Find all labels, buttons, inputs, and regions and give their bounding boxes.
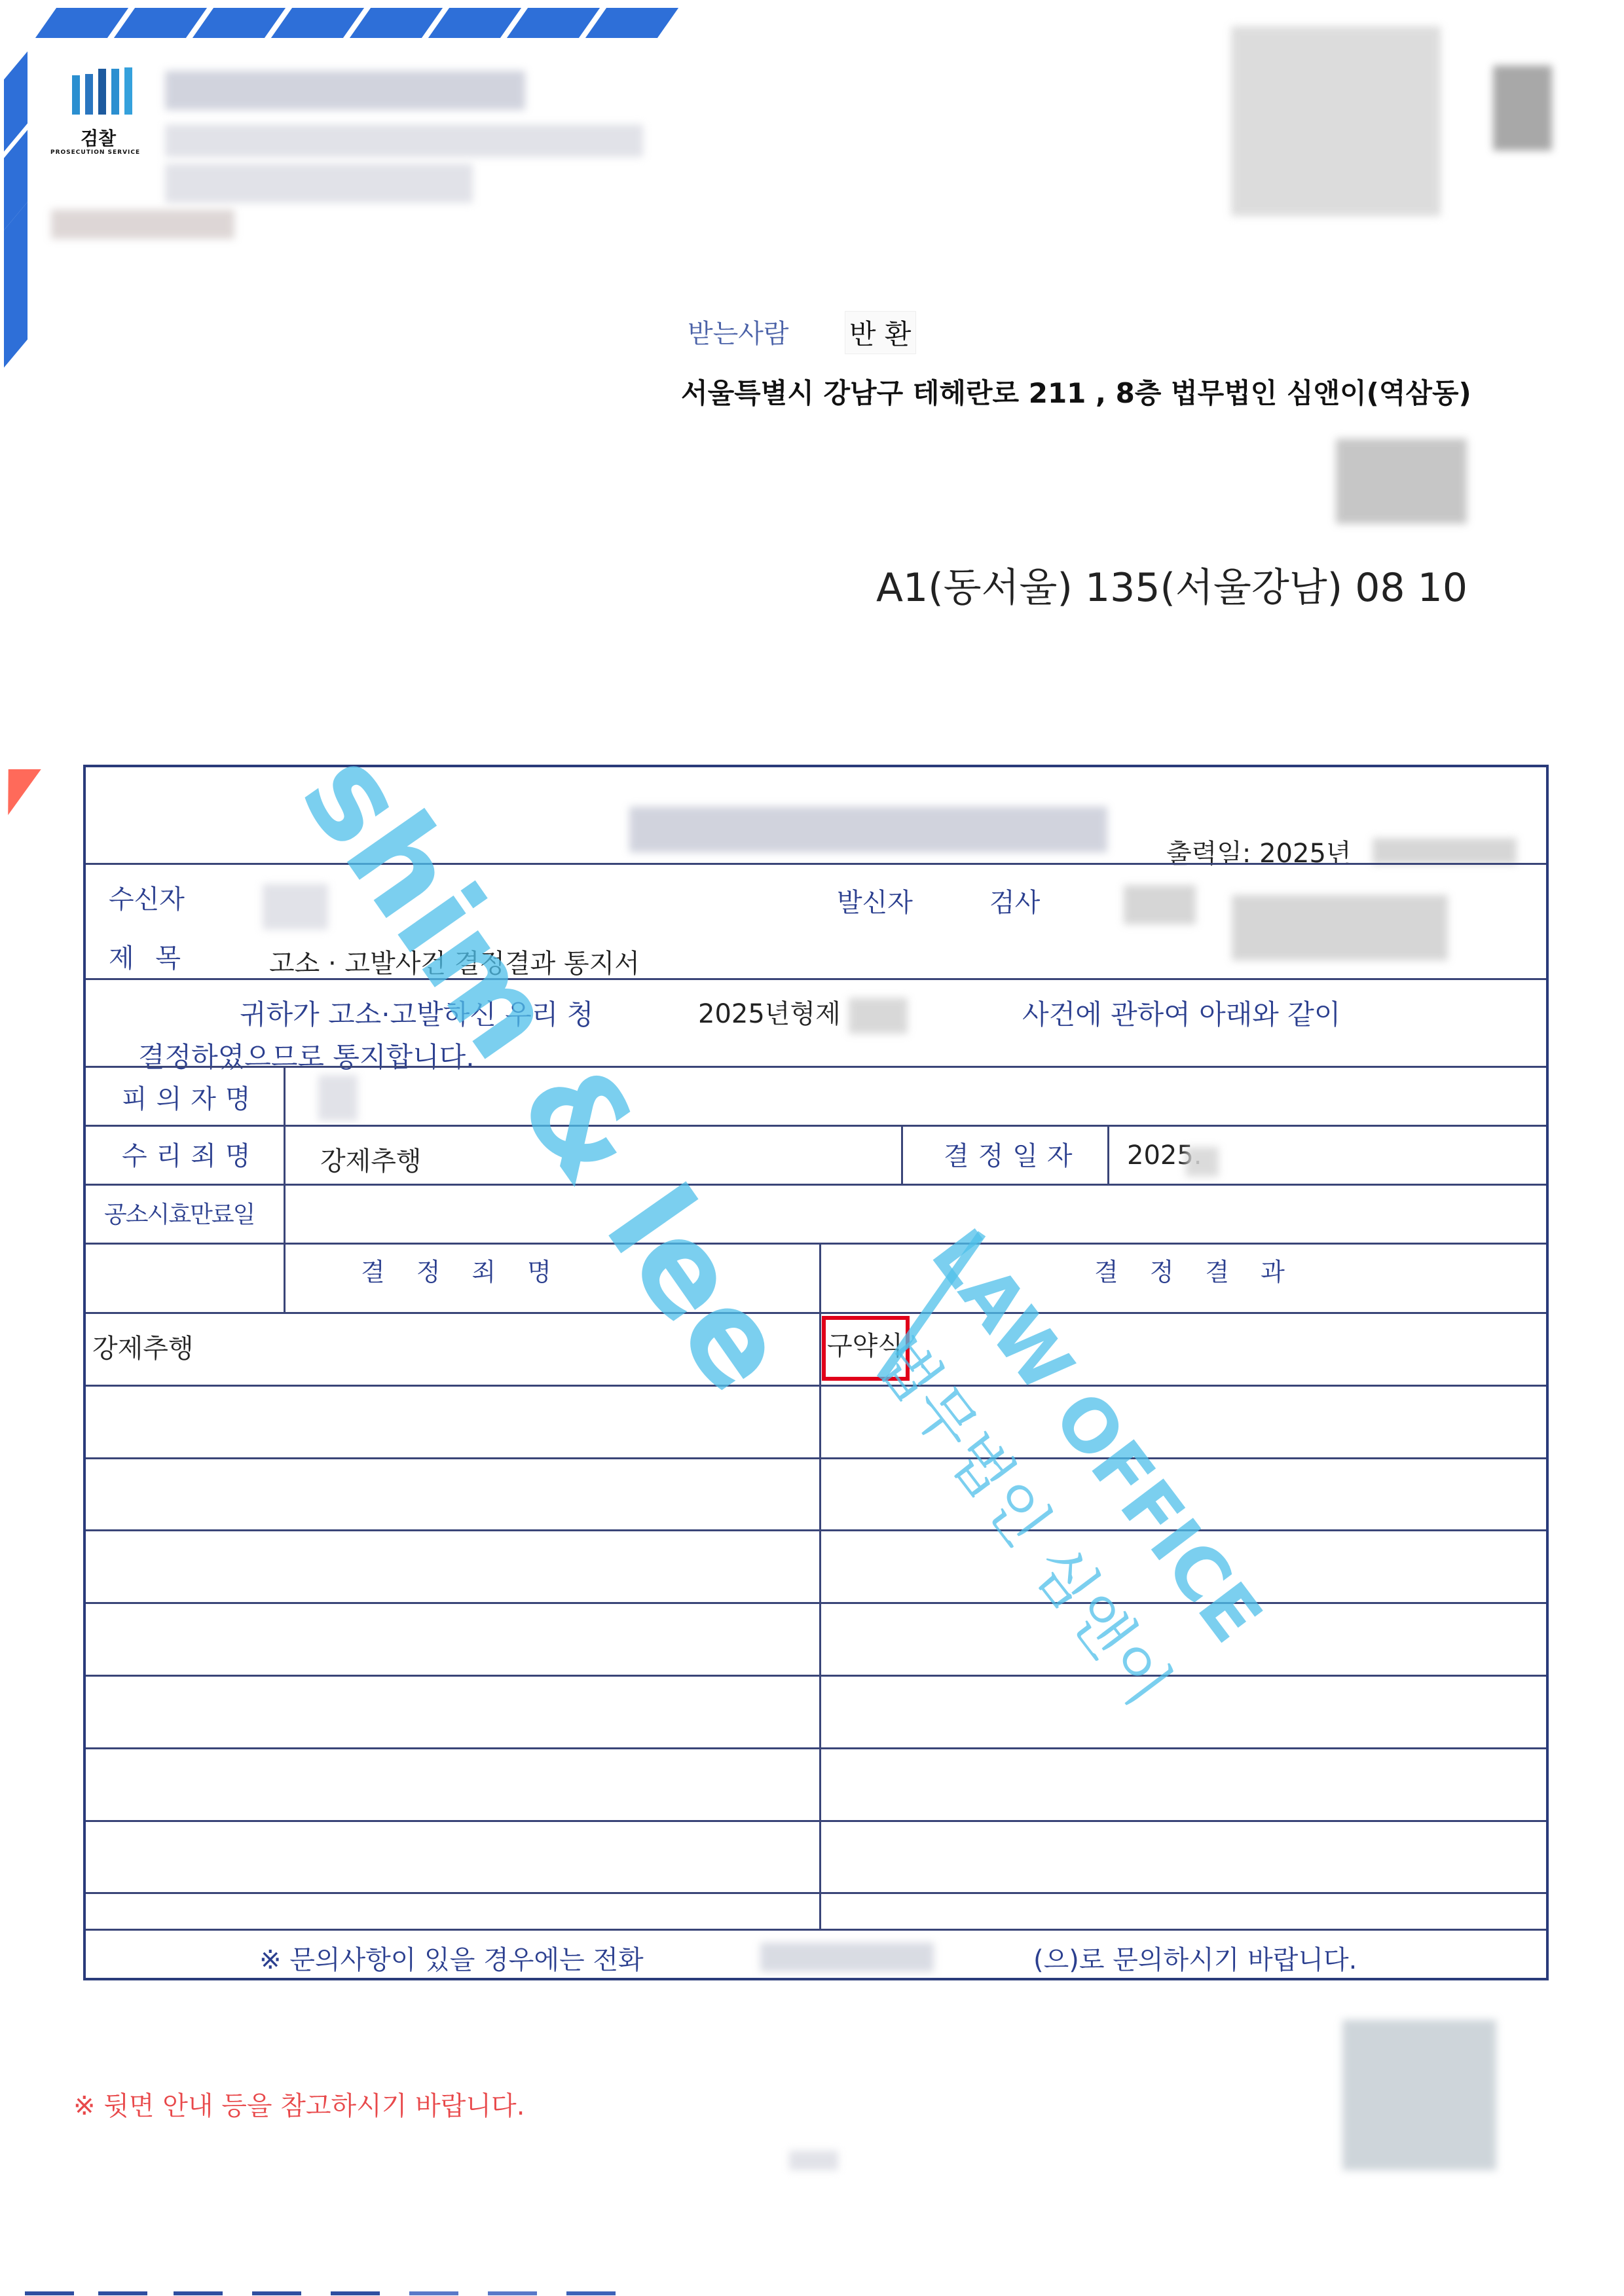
redacted-case-number: [849, 998, 908, 1034]
notice-text-1: 귀하가 고소·고발하신 우리 청: [240, 993, 593, 1032]
result-column-header: 결정결과: [1094, 1252, 1316, 1288]
prosecution-logo: 검찰 PROSECUTION SERVICE: [49, 62, 160, 167]
redacted-sender-name: [1124, 885, 1196, 924]
logo-name-en: PROSECUTION SERVICE: [50, 149, 140, 156]
case-number-prefix: 2025년형제: [698, 993, 841, 1030]
recipient-field-label: 수신자: [109, 879, 185, 916]
decision-date-label: 결정일자: [944, 1135, 1082, 1173]
notice-text-3: 결정하였으므로 통지합니다.: [138, 1036, 475, 1075]
contact-text-1: ※ 문의사항이 있을 경우에는 전화: [259, 1939, 644, 1977]
recipient-address: 서울특별시 강남구 테헤란로 211 , 8층 법무법인 심앤이(역삼동): [681, 372, 1471, 411]
limitation-field-label: 공소시효만료일: [104, 1196, 254, 1230]
contact-text-2: (으)로 문의하시기 바랍니다.: [1033, 1939, 1357, 1977]
sender-role: 검사: [989, 882, 1040, 919]
redacted-suspect-name: [318, 1075, 358, 1121]
notice-text-2: 사건에 관하여 아래와 같이: [1022, 993, 1340, 1032]
postal-code: A1(동서울) 135(서울강남) 08 10: [876, 556, 1467, 613]
subject-field-label: 제 목: [109, 938, 187, 975]
charge-value: 강제추행: [320, 1140, 422, 1178]
redacted-decision-date: [1186, 1147, 1219, 1176]
footer-note: ※ 뒷면 안내 등을 참고하시기 바랍니다.: [73, 2085, 525, 2123]
redacted-phone-number: [760, 1942, 934, 1972]
redacted-sender-seal: [1232, 895, 1448, 960]
notice-form: 출력일: 2025년 수신자 발신자 검사 제 목 고소 · 고발사건 결정결과…: [83, 765, 1549, 1980]
suspect-field-label: 피의자명: [122, 1078, 260, 1116]
redacted-qr-code: [1342, 2020, 1496, 2170]
table-row-crime: 강제추행: [92, 1328, 194, 1365]
return-stamp: 반 환: [845, 311, 916, 354]
corner-mark: [0, 769, 41, 815]
redacted-page-mark: [789, 2151, 838, 2170]
logo-name-ko: 검찰: [81, 124, 116, 151]
redacted-recipient-name: [263, 884, 328, 930]
sender-field-label: 발신자: [837, 882, 913, 919]
recipient-label: 받는사람: [688, 313, 789, 350]
subject-value: 고소 · 고발사건 결정결과 통지서: [269, 943, 640, 980]
redacted-print-date: [1373, 838, 1517, 864]
crime-column-header: 결정죄명: [361, 1252, 583, 1288]
charge-field-label: 수리죄명: [122, 1135, 260, 1173]
